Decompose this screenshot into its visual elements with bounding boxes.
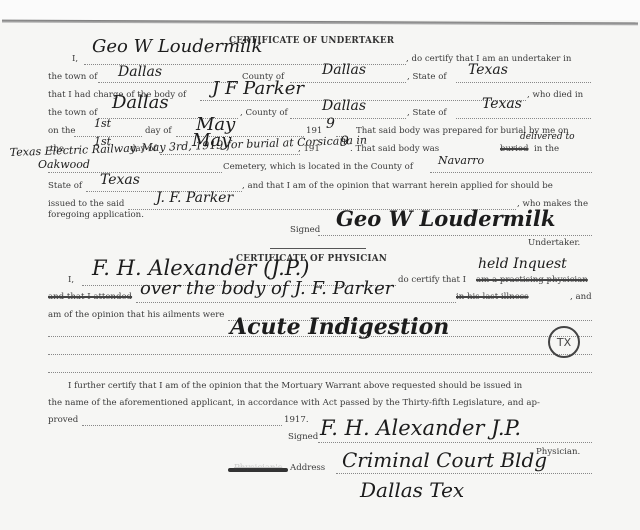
undertaker-signed-label: Signed [290,225,320,235]
physician-certify-text: do certify that I [398,275,466,285]
inserted-over-body: over the body of J. F. Parker [140,278,393,299]
tx-stamp: TX [548,326,580,358]
approved-label: proved [48,415,78,425]
death-certificate-page: CERTIFICATE OF UNDERTAKER I, Geo W Loude… [0,0,640,530]
death-town: Dallas [112,92,169,113]
burial-state-label: State of [48,181,82,191]
county-field [290,82,406,83]
death-town-label: the town of [48,108,97,118]
prep-year-suffix: 9 [326,116,335,132]
state-label: , State of [407,72,447,82]
section-divider [270,248,366,249]
death-county: Dallas [322,98,366,114]
struck-physicians-label: Physician's [234,463,282,473]
physician-signature-line [318,442,592,443]
further-certify-line2: the name of the aforementioned applicant… [48,398,540,408]
address-line2: Dallas Tex [360,478,464,502]
town-label: the town of [48,72,97,82]
state-field [456,82,591,83]
died-in-label: , who died in [527,90,583,100]
undertaker-signature-line [318,235,592,236]
death-state: Texas [482,96,522,112]
prep-day: 1st [94,117,111,130]
issued-to-label: issued to the said [48,199,124,209]
in-the-text: in the [534,144,559,154]
paper-top-edge [2,20,638,26]
death-county-label: , County of [240,108,288,118]
burial-county-field [430,172,592,173]
address-line1: Criminal Court Bldg [342,448,547,472]
attended-field [136,302,456,303]
death-state-field [456,118,591,119]
address-field [336,473,592,474]
delivery-note: Texas Electric Railway. May 3rd, 1919 fo… [10,134,368,159]
physician-prefix: I, [68,275,74,285]
burial-county: Navarro [438,154,484,167]
burial-state: Texas [100,172,140,188]
address-label: Address [290,463,325,473]
struck-attended: and that I attended [48,292,132,302]
physician-signature: F. H. Alexander J.P. [320,416,521,440]
opinion-text: , and that I am of the opinion that warr… [242,181,553,191]
undertaker-state: Texas [468,62,508,78]
undertaker-prefix: I, [72,54,78,64]
and-text: , and [570,292,592,302]
undertaker-role-label: Undertaker. [528,238,580,248]
cemetery-text: Cemetery, which is located in the County… [223,162,413,172]
applicant-name: J. F. Parker [156,190,233,206]
ailments-field-2 [48,336,592,337]
further-certify-line1: I further certify that I am of the opini… [68,381,522,391]
struck-practising-physician: am a practising physician [476,275,588,285]
inserted-delivered-to: delivered to [520,132,575,142]
undertaker-name: Geo W Loudermilk [92,36,262,57]
cemetery-name: Oakwood [38,158,90,171]
deceased-name: J F Parker [212,78,304,99]
inserted-held-inquest: held Inquest [478,256,567,272]
approved-date-field [82,425,282,426]
undertaker-signature: Geo W Loudermilk [336,206,555,231]
undertaker-county: Dallas [322,62,366,78]
death-county-field [290,118,406,119]
ailments-field-3 [48,354,592,355]
physician-signed-label: Signed [288,432,318,442]
ailments-label: am of the opinion that his ailments were [48,310,224,320]
struck-last-illness: in his last illness [456,292,529,302]
undertaker-town: Dallas [118,64,162,80]
physician-name: F. H. Alexander (J.P.) [92,256,310,280]
approved-year: 1917. [284,415,309,425]
delivery-month-field [160,154,300,155]
ailments-field-4 [48,372,592,373]
day-of-label: day of [145,126,172,136]
on-the-label: on the [48,126,76,136]
death-state-label: , State of [407,108,447,118]
scan-top-margin [0,0,640,20]
struck-buried: buried [500,144,528,154]
foregoing-application-text: foregoing application. [48,210,144,220]
